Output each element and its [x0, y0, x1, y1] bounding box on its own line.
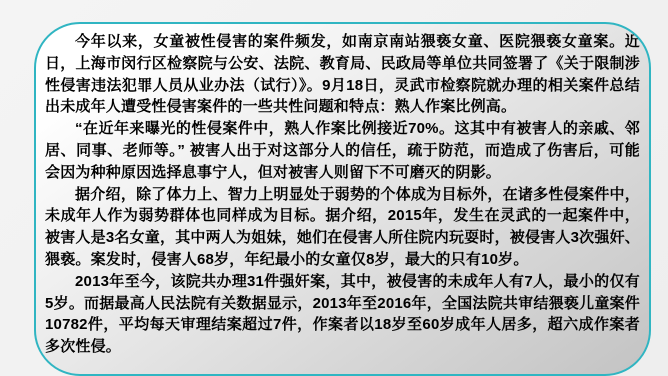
paragraph-quote-acquaintance-ratio: “在近年来曝光的性侵案件中，熟人作案比例接近70%。这其中有被害人的亲戚、邻居、…	[45, 118, 640, 183]
paragraph-intro: 今年以来，女童被性侵害的案件频发，如南京南站猥亵女童、医院猥亵女童案。近日，上海…	[45, 31, 640, 118]
text-card: 今年以来，女童被性侵害的案件频发，如南京南站猥亵女童、医院猥亵女童案。近日，上海…	[34, 22, 651, 376]
paragraph-case-example-2015: 据介绍，除了体力上、智力上明显处于弱势的个体成为目标外，在诸多性侵案件中，未成年…	[45, 184, 640, 271]
paragraph-statistics-2013-2016: 2013年至今，该院共办理31件强奸案，其中，被侵害的未成年人有7人，最小的仅有…	[45, 271, 640, 358]
slide-background: 今年以来，女童被性侵害的案件频发，如南京南站猥亵女童、医院猥亵女童案。近日，上海…	[0, 0, 668, 376]
